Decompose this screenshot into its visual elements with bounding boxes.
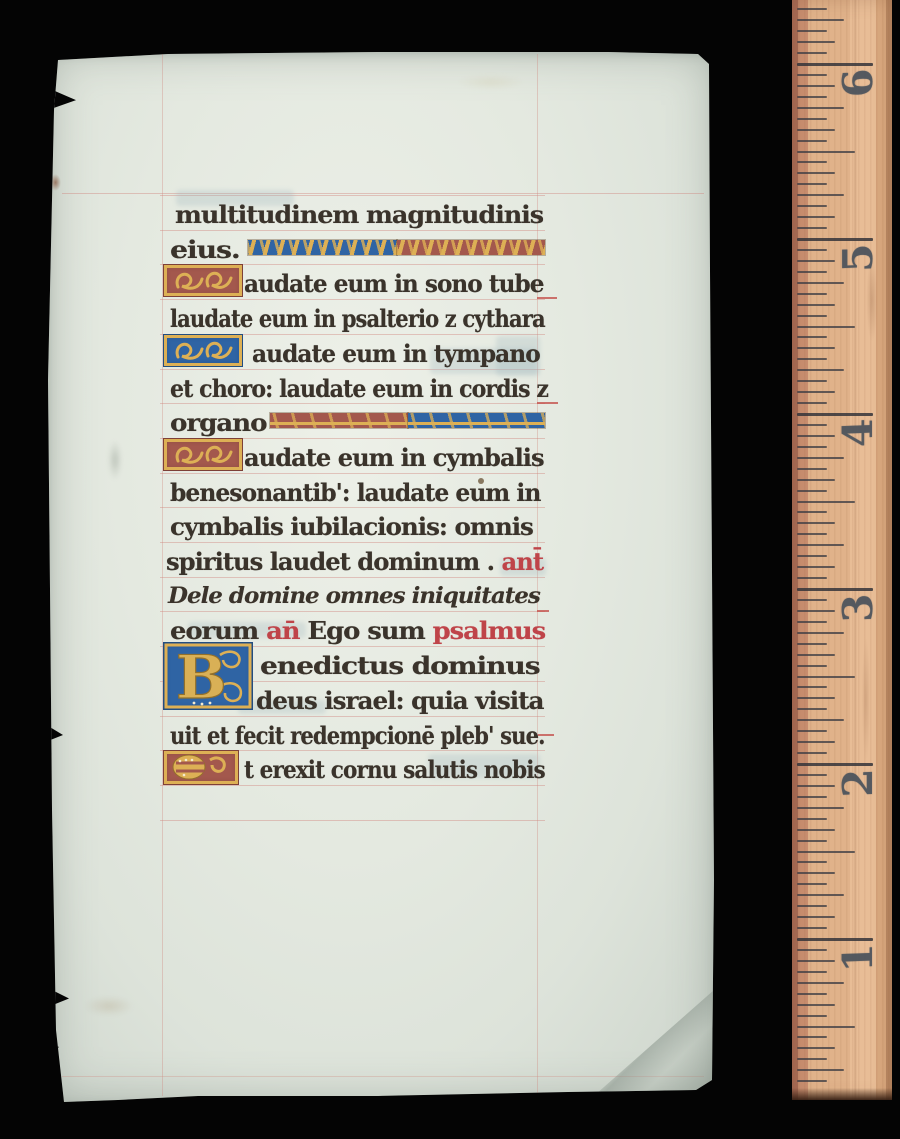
ruler-tick [797, 905, 827, 907]
text-segment: organo [170, 408, 267, 437]
ruler-number: 1 [832, 931, 884, 985]
ruler-tick [797, 829, 835, 831]
ruler-tick [797, 774, 827, 776]
ruler-tick [797, 676, 855, 678]
text-segment: t erexit cornu salutis nobis [244, 755, 545, 784]
ruler-tick [797, 599, 827, 601]
ruler-tick [797, 161, 827, 163]
ruler-tick [797, 621, 827, 623]
ruler-tick [797, 960, 835, 962]
ruler-tick [797, 140, 827, 142]
ruler-tick [797, 752, 827, 754]
ruler-tick [797, 30, 827, 32]
ruler-tick [797, 227, 827, 229]
ruler-tick [797, 927, 827, 929]
illuminated-initial-L [164, 439, 242, 470]
ruler-tick [797, 41, 835, 43]
gold-scroll-ornament [164, 265, 242, 296]
ruler-tick [797, 347, 835, 349]
line-filler-ornament [248, 240, 397, 255]
ruler-tick [797, 19, 844, 21]
edge-notch [48, 88, 76, 110]
stain [456, 74, 526, 90]
manuscript-text-line: enedictus dominus [260, 649, 539, 682]
text-segment: benesonantib': laudate eum in [170, 478, 540, 507]
ruler-tick [797, 151, 855, 153]
ruler-tick [797, 52, 827, 54]
ruler-tick [797, 665, 827, 667]
ruler-tick [797, 260, 835, 262]
ruler-tick [797, 610, 835, 612]
ruler-tick [797, 555, 827, 557]
text-segment: eorum [170, 616, 266, 645]
ruler-tick [797, 730, 827, 732]
text-segment: spiritus laudet dominum . [166, 547, 494, 576]
ruler-tick [797, 533, 827, 535]
svg-text:B: B [176, 643, 227, 709]
ruler-tick [797, 971, 827, 973]
ruler-tick [797, 818, 827, 820]
manuscript-text-line: t erexit cornu salutis nobis [244, 753, 545, 786]
manuscript-text-line: audate eum in cymbalis [244, 441, 544, 474]
ruler-tick [797, 894, 844, 896]
ruler-tick [797, 577, 827, 579]
text-segment: cymbalis iubilacionis: omnis [170, 512, 533, 541]
ruler-tick [797, 511, 827, 513]
ruler-tick [797, 96, 827, 98]
ruler-tick [797, 249, 827, 251]
illuminated-initial-L [164, 335, 242, 366]
text-segment: deus israel: quia visita [256, 686, 543, 715]
manuscript-text-line: multitudinem magnitudinis [175, 198, 543, 231]
rubric-segment: psalmus [433, 616, 545, 645]
gold-scroll-ornament [164, 439, 242, 470]
manuscript-text-line: benesonantib': laudate eum in [170, 476, 540, 509]
ruler-tick [797, 501, 855, 503]
ruler-tick [797, 402, 827, 404]
ruler-tick [797, 336, 827, 338]
ruler-tick [797, 1069, 844, 1071]
edge-notch [48, 726, 63, 741]
photo-backdrop: multitudinem magnitudiniseius. audate eu… [0, 0, 900, 1139]
manuscript-text-line: organo [170, 406, 267, 439]
illuminated-initial-L [164, 265, 242, 296]
gold-B-initial: B [164, 643, 252, 709]
ruler-number: 5 [832, 231, 884, 285]
ruler-tick [797, 205, 827, 207]
rubric-segment: ant̄ [494, 547, 543, 576]
ruler-tick [797, 1058, 827, 1060]
ruler-tick [797, 796, 827, 798]
ruler-tick [797, 479, 835, 481]
ruler-tick [797, 358, 827, 360]
manuscript-text-line: audate eum in tympano [252, 337, 540, 370]
manuscript-text-line: Dele domine omnes iniquitates [168, 580, 540, 613]
line-filler-ornament [270, 413, 408, 428]
manuscript-text-line: cymbalis iubilacionis: omnis [170, 510, 533, 543]
corner-fold-shadow [596, 990, 714, 1094]
text-segment: laudate eum in psalterio z cythara [170, 304, 545, 333]
ruler-tick [797, 304, 835, 306]
ruler-tick [797, 522, 835, 524]
stain [84, 996, 134, 1016]
manuscript-text-line: laudate eum in psalterio z cythara [170, 302, 545, 335]
ruler-tick [797, 566, 835, 568]
edge-notch [48, 988, 69, 1007]
text-segment: audate eum in sono tube [244, 269, 543, 298]
ruler-tick [797, 851, 855, 853]
text-segment: Dele domine omnes iniquitates [168, 583, 540, 609]
ruler-tick [797, 1015, 827, 1017]
ruler-tick [797, 172, 835, 174]
ruler-tick [797, 1004, 835, 1006]
ruler-tick [797, 271, 827, 273]
ruler-tick [797, 85, 835, 87]
ruler-tick [797, 435, 835, 437]
ruler-tick [797, 490, 827, 492]
ruler-tick [797, 916, 835, 918]
ruling-line [162, 54, 163, 1096]
ruler-tick [797, 293, 827, 295]
illuminated-initial-E [164, 751, 238, 784]
ruler-tick [797, 686, 827, 688]
ruler-number: 2 [832, 756, 884, 810]
ruler-tick [797, 74, 827, 76]
ruler-tick [797, 326, 855, 328]
ruling-line [62, 1076, 704, 1077]
gold-E-ornament [164, 751, 238, 784]
edge-notch [48, 1040, 59, 1053]
ruler-tick [797, 129, 835, 131]
text-segment: Ego sum [307, 616, 432, 645]
ruler-number: 3 [832, 581, 884, 635]
manuscript-text-line: audate eum in sono tube [244, 267, 543, 300]
ruler-tick [797, 118, 827, 120]
text-segment: audate eum in cymbalis [244, 443, 544, 472]
ruler-tick [797, 1080, 827, 1082]
ruler-end-edge [792, 1088, 892, 1100]
ruler-tick [797, 369, 844, 371]
text-segment: et choro: laudate eum in cordis z [170, 374, 548, 403]
illuminated-initial-B: B [164, 643, 252, 709]
ruling-line [62, 193, 704, 194]
ruler-tick [797, 194, 844, 196]
manuscript-text-line: eius. [170, 233, 240, 266]
ruler-tick [797, 446, 827, 448]
ruler-tick [797, 380, 827, 382]
ruler-tick [797, 216, 835, 218]
ruler-tick [797, 391, 835, 393]
ruling-line [160, 820, 545, 821]
ruler-tick [797, 643, 827, 645]
ruler-tick [797, 654, 835, 656]
ruler-tick [797, 697, 835, 699]
ruler-tick [797, 872, 835, 874]
manuscript-leaf: multitudinem magnitudiniseius. audate eu… [48, 50, 716, 1102]
rubric-segment: an̄ [266, 616, 307, 645]
ruler-tick [797, 468, 827, 470]
manuscript-text-line: spiritus laudet dominum . ant̄ [166, 545, 543, 578]
ruler-tick [797, 993, 827, 995]
text-segment: uit et fecit redempcionē pleb' sue. [170, 721, 545, 750]
ruler-tick [797, 708, 827, 710]
ruler-tick [797, 861, 827, 863]
ruler-tick [797, 8, 827, 10]
manuscript-text-line: uit et fecit redempcionē pleb' sue. [170, 719, 545, 752]
ruler-tick [797, 183, 827, 185]
ruler-tick [797, 1026, 855, 1028]
text-segment: eius. [170, 235, 240, 264]
ruler-tick [797, 315, 827, 317]
ruler-tick [797, 785, 835, 787]
stain [108, 440, 122, 480]
ruler-tick [797, 741, 835, 743]
ruler-tick [797, 719, 844, 721]
ruler-tick [797, 424, 827, 426]
ruler-number: 6 [832, 56, 884, 110]
ruler-tick [797, 1036, 827, 1038]
manuscript-text-line: et choro: laudate eum in cordis z [170, 372, 548, 405]
ruler-tick [797, 840, 827, 842]
text-segment: enedictus dominus [260, 651, 539, 680]
ruler-tick [797, 544, 844, 546]
line-filler-ornament [397, 240, 545, 255]
ruler-tick [797, 1047, 835, 1049]
text-segment: audate eum in tympano [252, 339, 540, 368]
line-filler-ornament [408, 413, 545, 428]
ruler-tick [797, 883, 827, 885]
stain [50, 174, 61, 191]
ruler: 654321 [792, 0, 892, 1100]
ruler-tick [797, 949, 827, 951]
text-segment: multitudinem magnitudinis [175, 200, 543, 229]
manuscript-text-line: deus israel: quia visita [256, 684, 543, 717]
gold-scroll-ornament [164, 335, 242, 366]
ruler-number: 4 [832, 406, 884, 460]
